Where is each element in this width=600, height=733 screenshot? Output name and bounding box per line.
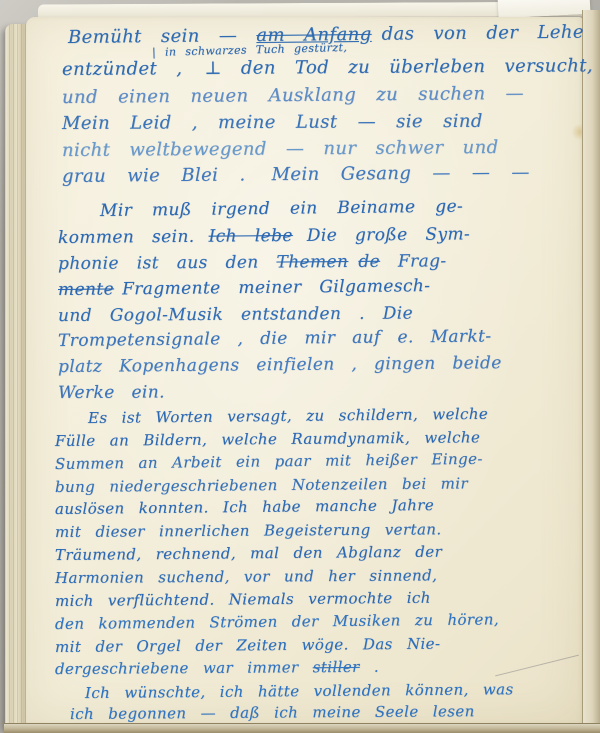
handwriting-segment: Harmonien suchend, vor und her sinnend, — [55, 566, 437, 587]
handwriting-segment: grau wie Blei . — [62, 164, 246, 187]
handwriting-line: phonie ist aus den Themende Frag- — [58, 252, 447, 273]
handwriting-segment: platz Kopenhagens einfielen , gingen bei… — [58, 353, 502, 377]
handwriting-segment: ich begonnen — daß ich meine Seele lesen — [70, 702, 475, 723]
handwriting-segment: mit der Orgel der Zeiten wöge. Das Nie- — [55, 635, 441, 656]
handwriting-segment: Es ist Worten versagt, zu schildern, wel… — [88, 405, 488, 427]
handwriting-line: Ich wünschte, ich hätte vollenden können… — [85, 681, 514, 701]
handwriting-segment: auslösen konnten. Ich habe manche Jahre — [55, 496, 434, 518]
handwriting-segment: . — [360, 658, 379, 676]
handwriting-line: dergeschriebene war immer stiller . — [55, 659, 379, 678]
handwriting-segment: das von der Lehe — [381, 22, 584, 45]
handwriting-line: Mein Leid , meine Lust — sie sind — [62, 112, 483, 134]
handwriting-line: Fülle an Bildern, welche Raumdynamik, we… — [55, 429, 480, 449]
handwriting-segment: kommen sein. — [58, 227, 195, 248]
handwriting-segment: Fülle an Bildern, welche Raumdynamik, we… — [55, 428, 480, 450]
handwriting-line: menteFragmente meiner Gilgamesch- — [58, 277, 431, 300]
handwriting-line: nicht weltbewegend — nur schwer und — [62, 138, 499, 161]
handwriting-segment: Die große Sym- — [307, 224, 470, 245]
handwriting-segment: nicht weltbewegend — nur schwer und — [62, 137, 499, 161]
handwriting-segment: entzündet , — [62, 58, 183, 80]
handwriting-segment: de — [358, 252, 380, 272]
handwriting-line: auslösen konnten. Ich habe manche Jahre — [55, 497, 434, 517]
handwriting-segment: mit dieser innerlichen Begeisterung vert… — [55, 520, 442, 541]
handwriting-segment: mente — [58, 279, 114, 300]
handwriting-segment: mich verflüchtend. Niemals vermochte ich — [55, 589, 431, 610]
handwriting-segment: und Gogol-Musik entstanden . Die — [58, 304, 413, 326]
handwriting-line: Werke ein. — [58, 383, 165, 402]
handwriting-line: ich begonnen — daß ich meine Seele lesen — [70, 703, 475, 722]
handwriting-segment: Werke ein. — [58, 382, 165, 403]
handwriting-line: mit dieser innerlichen Begeisterung vert… — [55, 521, 442, 540]
handwriting-line: und einen neuen Ausklang zu suchen — — [62, 84, 524, 108]
handwriting-segment: phonie ist aus den — [58, 252, 277, 274]
handwriting-line: Träumend, rechnend, mal den Abglanz der — [55, 544, 442, 564]
handwriting-segment: den kommenden Strömen der Musiken zu hör… — [55, 610, 499, 633]
handwriting-segment: bung niedergeschriebenen Notenzeilen bei… — [55, 474, 468, 496]
handwriting-layer: Bemüht sein — am Anfangdas von der Lehe|… — [0, 0, 600, 733]
handwriting-line: platz Kopenhagens einfielen , gingen bei… — [58, 354, 502, 377]
manuscript-photo: Bemüht sein — am Anfangdas von der Lehe|… — [0, 0, 600, 733]
handwriting-segment: ⊥ den Tod zu überleben versucht, — [204, 55, 593, 79]
handwriting-line: kommen sein.Ich lebeDie große Sym- — [58, 225, 470, 247]
handwriting-line: bung niedergeschriebenen Notenzeilen bei… — [55, 475, 468, 495]
handwriting-segment: Mein Leid , meine Lust — sie sind — [62, 111, 483, 134]
handwriting-segment: Ich wünschte, ich hätte vollenden können… — [85, 680, 514, 702]
handwriting-line: Trompetensignale , die mir auf e. Markt- — [58, 327, 492, 350]
handwriting-line: Es ist Worten versagt, zu schildern, wel… — [88, 406, 488, 427]
handwriting-line: und Gogol-Musik entstanden . Die — [58, 305, 413, 326]
handwriting-line: Summen an Arbeit ein paar mit heißer Ein… — [55, 451, 483, 473]
handwriting-segment: Fragmente meiner Gilgamesch- — [122, 276, 431, 299]
handwriting-segment: und einen neuen Ausklang zu suchen — — [62, 83, 524, 108]
handwriting-segment: Mir muß irgend ein Beiname ge- — [100, 197, 463, 221]
handwriting-line: den kommenden Strömen der Musiken zu hör… — [55, 611, 499, 632]
handwriting-segment: Trompetensignale , die mir auf e. Markt- — [58, 326, 492, 351]
handwriting-segment: Themen — [276, 252, 348, 273]
handwriting-line: mich verflüchtend. Niemals vermochte ich — [55, 590, 431, 610]
handwriting-line: grau wie Blei .Mein Gesang — — — — [62, 163, 530, 187]
handwriting-segment: Summen an Arbeit ein paar mit heißer Ein… — [55, 450, 483, 473]
handwriting-segment: dergeschriebene war immer — [55, 658, 313, 678]
handwriting-segment: Träumend, rechnend, mal den Abglanz der — [55, 543, 442, 564]
handwriting-segment: stiller — [313, 658, 360, 676]
handwriting-segment: Frag- — [380, 251, 447, 271]
handwriting-segment: Ich lebe — [208, 226, 292, 247]
handwriting-line: entzündet ,⊥ den Tod zu überleben versuc… — [62, 56, 593, 80]
handwriting-segment: Mein Gesang — — — — [271, 162, 529, 185]
handwriting-line: mit der Orgel der Zeiten wöge. Das Nie- — [55, 636, 441, 656]
handwriting-line: Mir muß irgend ein Beiname ge- — [100, 198, 463, 221]
handwriting-line: Harmonien suchend, vor und her sinnend, — [55, 567, 437, 586]
